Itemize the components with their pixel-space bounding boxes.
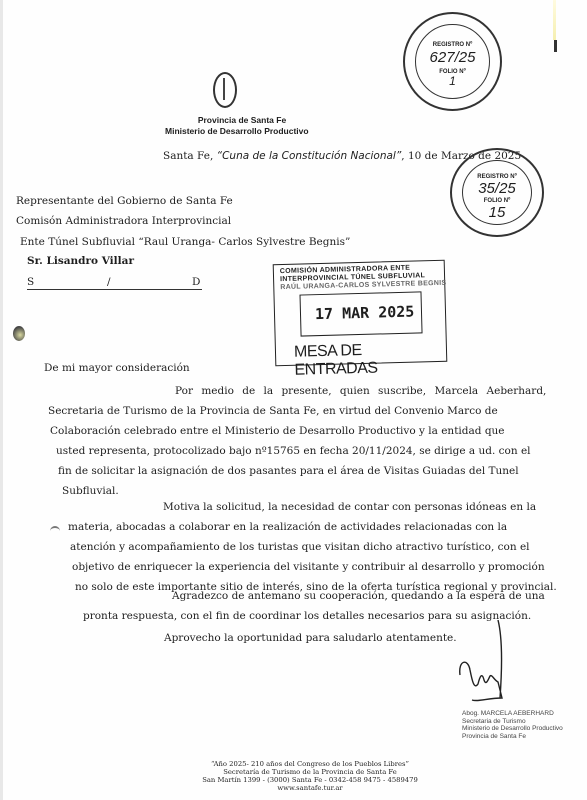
- seal-registro-value: 35/25: [452, 180, 542, 197]
- signer-ministry: Ministerio de Desarrollo Productivo: [462, 725, 563, 733]
- letterhead-province: Provincia de Santa Fe: [192, 115, 292, 125]
- footer-address: San Martín 1399 - (3000) Santa Fe - 0342…: [180, 776, 440, 784]
- p1-line: fin de solicitar la asignación de dos pa…: [58, 465, 519, 477]
- stamp-office: MESA DE ENTRADAS: [294, 340, 447, 380]
- recipient-line-2: Comisón Administradora Interprovincial: [16, 215, 231, 227]
- punch-hole: [13, 326, 25, 341]
- p2-line: atención y acompañamiento de los turista…: [70, 541, 530, 553]
- highlighter-tip: [554, 40, 557, 52]
- footer-website: www.santafe.tur.ar: [180, 784, 440, 792]
- p1-line: Colaboración celebrado entre el Minister…: [50, 425, 505, 437]
- letterhead-ministry: Ministerio de Desarrollo Productivo: [165, 126, 309, 136]
- signer-title: Secretaria de Turismo: [462, 718, 563, 726]
- handwritten-signature: [458, 620, 518, 705]
- sd-slash: /: [107, 276, 111, 288]
- sd-s: S: [27, 276, 34, 288]
- footer: “Año 2025- 210 años del Congreso de los …: [180, 760, 440, 792]
- seal-registro-value: 627/25: [405, 49, 500, 66]
- page-edge-shadow: [0, 0, 3, 800]
- salutation: De mi mayor consideración: [44, 362, 190, 374]
- highlighter-mark: [553, 0, 556, 40]
- recipient-line-3: Ente Túnel Subfluvial “Raul Uranga- Carl…: [20, 236, 350, 248]
- seal-folio-value: 15: [452, 204, 542, 221]
- p2-line: materia, abocadas a colaborar en la real…: [68, 521, 507, 533]
- recipient-name: Sr. Lisandro Villar: [27, 255, 134, 267]
- stamp-date-box: 17 MAR 2025: [299, 291, 422, 336]
- signer-name: Abog. MARCELA AEBERHARD: [462, 710, 563, 718]
- registry-seal-1: REGISTRO Nº 627/25 FOLIO Nº 1: [403, 12, 502, 111]
- seal-folio-value: 1: [405, 74, 500, 88]
- sd-line: S / D: [27, 277, 202, 290]
- footer-motto: “Año 2025- 210 años del Congreso de los …: [180, 760, 440, 768]
- p2-line: Motiva la solicitud, la necesidad de con…: [163, 501, 536, 513]
- p1-line: usted representa, protocolizado bajo nº1…: [56, 445, 531, 457]
- reception-stamp: COMISIÓN ADMINISTRADORA ENTE INTERPROVIN…: [273, 260, 448, 366]
- closing: Aprovecho la oportunidad para saludarlo …: [164, 632, 457, 644]
- date-place: Santa Fe,: [163, 150, 217, 162]
- registry-seal-2: REGISTRO Nº 35/25 FOLIO Nº 15: [450, 148, 544, 237]
- recipient-line-1: Representante del Gobierno de Santa Fe: [16, 195, 233, 207]
- coat-of-arms-icon: [213, 72, 237, 108]
- p1-line: Por medio de la presente, quien suscribe…: [175, 385, 546, 397]
- seal-registro-label: REGISTRO Nº: [405, 42, 500, 48]
- signer-province: Provincia de Santa Fe: [462, 733, 563, 741]
- signature-block: Abog. MARCELA AEBERHARD Secretaria de Tu…: [462, 710, 563, 740]
- sd-d: D: [192, 276, 200, 288]
- p1-line: Subfluvial.: [62, 485, 119, 497]
- p1-line: Secretaria de Turismo de la Provincia de…: [48, 405, 498, 417]
- stamp-date: 17 MAR 2025: [315, 303, 415, 324]
- date-motto: “Cuna de la Constitución Nacional”: [217, 150, 402, 162]
- p2-line: objetivo de enriquecer la experiencia de…: [72, 561, 545, 573]
- punch-mark: [50, 526, 60, 536]
- footer-office: Secretaría de Turismo de la Provincia de…: [180, 768, 440, 776]
- p3-line: Agradezco de antemano su cooperación, qu…: [172, 590, 545, 602]
